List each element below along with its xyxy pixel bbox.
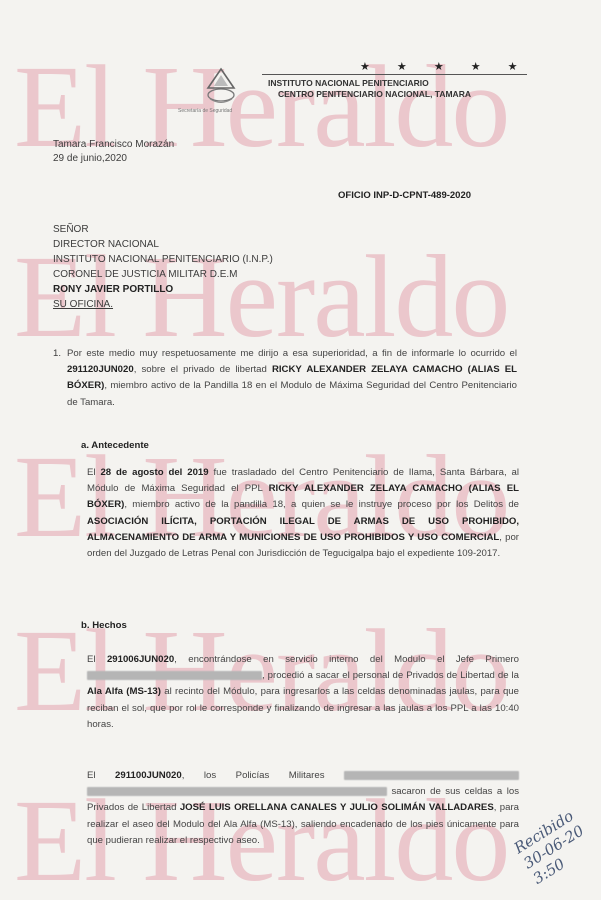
- addressee-name: RONY JAVIER PORTILLO: [53, 282, 173, 297]
- addressee-rank: CORONEL DE JUSTICIA MILITAR D.E.M: [53, 267, 237, 282]
- hechos-paragraph-2: El 291100JUN020, los Policías Militares …: [87, 768, 519, 849]
- redacted-name: [87, 671, 262, 680]
- addressee-institution: INSTITUTO NACIONAL PENITENCIARIO (I.N.P.…: [53, 252, 273, 267]
- redacted-names: [344, 771, 519, 780]
- reference-number: OFICIO INP-D-CPNT-489-2020: [338, 188, 471, 203]
- antecedente-paragraph: El 28 de agosto del 2019 fue trasladado …: [87, 465, 519, 562]
- addressee-office: SU OFICINA.: [53, 297, 113, 312]
- hechos-paragraph-1: El 291006JUN020, encontrándose en servic…: [87, 652, 519, 733]
- institution-name: INSTITUTO NACIONAL PENITENCIARIO: [268, 78, 429, 88]
- document-page: Secretaría de Seguridad ★ ★ ★ ★ ★ INSTIT…: [0, 0, 601, 900]
- intro-paragraph: Por este medio muy respetuosamente me di…: [67, 346, 517, 411]
- date: 29 de junio,2020: [53, 151, 127, 166]
- place: Tamara Francisco Morazán: [53, 137, 174, 152]
- addressee-title: SEÑOR: [53, 222, 89, 237]
- stars-icon: ★ ★ ★ ★ ★: [360, 60, 530, 73]
- list-number: 1.: [53, 346, 61, 361]
- logo-caption: Secretaría de Seguridad: [178, 108, 232, 114]
- header-rule: [262, 74, 527, 75]
- handwritten-receipt-note: Recibido 30-06-20 3:50: [511, 806, 597, 888]
- redacted-names: [87, 787, 387, 796]
- addressee-position: DIRECTOR NACIONAL: [53, 237, 159, 252]
- center-name: CENTRO PENITENCIARIO NACIONAL, TAMARA: [278, 89, 471, 99]
- section-heading-hechos: b. Hechos: [81, 618, 127, 633]
- section-heading-antecedente: a. Antecedente: [81, 438, 149, 453]
- coat-of-arms-icon: [196, 66, 246, 106]
